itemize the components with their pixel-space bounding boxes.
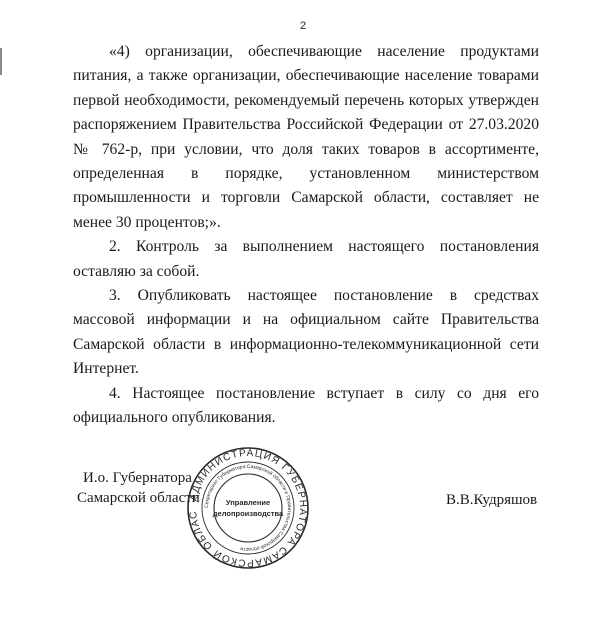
page-number: 2 xyxy=(300,20,306,32)
scan-edge-mark xyxy=(0,48,2,75)
stamp-inner-text: Секретариат Губернатора Самарской област… xyxy=(204,464,292,552)
document-body: «4) организации, обеспечивающие населени… xyxy=(73,40,539,431)
stamp-center-line1: Управление xyxy=(226,498,270,507)
stamp-center-line2: делопроизводства xyxy=(213,509,284,518)
signatory-title-line1: И.о. Губернатора xyxy=(77,468,200,488)
paragraph-item-4: «4) организации, обеспечивающие населени… xyxy=(73,40,539,235)
svg-text:Секретариат Губернатора Самарс: Секретариат Губернатора Самарской област… xyxy=(204,464,292,552)
paragraph-2: 2. Контроль за выполнением настоящего по… xyxy=(73,235,539,284)
official-stamp-icon: АДМИНИСТРАЦИЯ ГУБЕРНАТОРА САМАРСКОЙ ОБЛА… xyxy=(186,446,310,570)
signatory-title: И.о. Губернатора Самарской области xyxy=(77,468,200,508)
paragraph-3: 3. Опубликовать настоящее постановление … xyxy=(73,284,539,382)
signatory-title-line2: Самарской области xyxy=(77,488,200,508)
paragraph-4: 4. Настоящее постановление вступает в си… xyxy=(73,382,539,431)
signatory-name: В.В.Кудряшов xyxy=(446,490,537,510)
